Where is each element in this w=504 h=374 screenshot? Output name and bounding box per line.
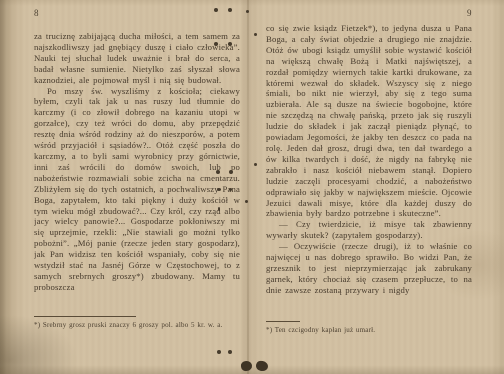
ink-speck [245,200,248,203]
ink-speck [254,33,257,36]
ink-speck [246,10,249,13]
ink-speck [229,170,233,174]
footnote-rule [266,321,300,322]
page-number-right: 9 [266,8,472,18]
paragraph: co się zwie ksiądz Fietzek*), to jedyna … [266,23,472,219]
footnote-text: *) Ten czcigodny kapłan już umarł. [266,326,472,334]
ink-speck [214,42,218,46]
right-page: 9 co się zwie ksiądz Fietzek*), to jedyn… [266,8,472,366]
ink-blot [240,360,252,371]
ink-speck [217,188,221,191]
right-page-body: co się zwie ksiądz Fietzek*), to jedyna … [266,23,472,301]
footnote-text: *) Srebrny grosz pruski znaczy 6 groszy … [34,321,240,329]
footnote-rule [34,316,136,317]
right-page-footnote: *) Ten czcigodny kapłan już umarł. [266,321,472,334]
ink-speck [228,8,232,12]
ink-speck [214,8,218,12]
ink-speck [229,188,232,191]
left-page-footnote: *) Srebrny grosz pruski znaczy 6 groszy … [34,316,240,329]
paragraph: — Oczywiście (rzecze drugi), iż to właśn… [266,241,472,296]
ink-speck [217,350,221,354]
book-scan: 8 za truciznę zabijającą ducha miłości, … [0,0,504,374]
ink-speck [228,350,232,354]
ink-speck [254,163,257,166]
gutter-crease [247,0,249,374]
paragraph: Po mszy św. wyszliśmy z kościoła; ciekaw… [34,86,240,293]
page-number-left: 8 [34,8,240,18]
left-page-body: za truciznę zabijającą ducha miłości, a … [34,31,240,299]
ink-speck [228,42,232,46]
paragraph: — Czy twierdzicie, iż misye tak zbawienn… [266,219,472,241]
paragraph: za truciznę zabijającą ducha miłości, a … [34,31,240,86]
ink-speck [218,207,220,211]
ink-speck [216,170,220,174]
left-page: 8 za truciznę zabijającą ducha miłości, … [34,8,240,366]
